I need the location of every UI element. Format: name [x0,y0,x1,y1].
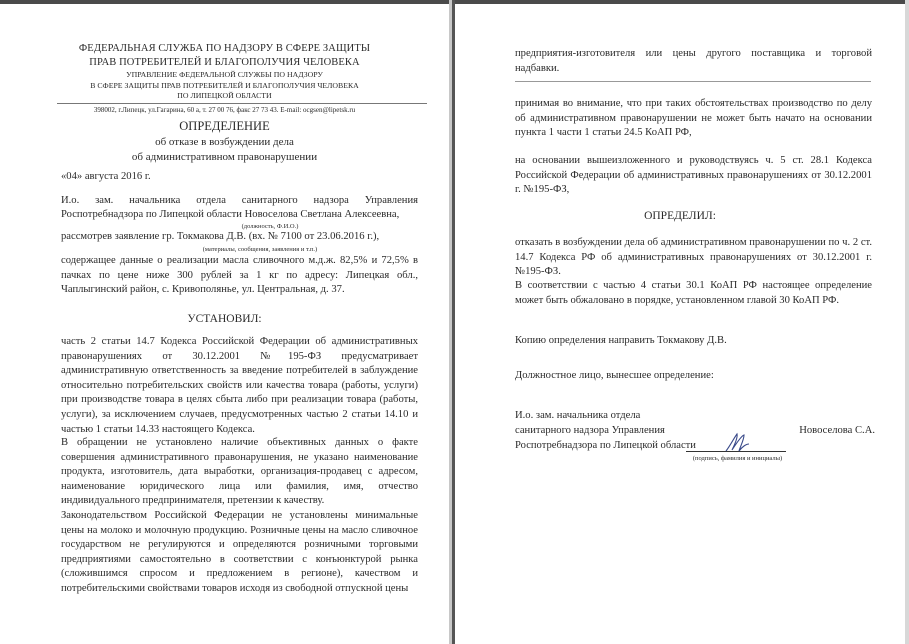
department-header: УПРАВЛЕНИЕ ФЕДЕРАЛЬНОЙ СЛУЖБЫ ПО НАДЗОРУ… [0,70,449,102]
department-line-2: В СФЕРЕ ЗАЩИТЫ ПРАВ ПОТРЕБИТЕЛЕЙ И БЛАГО… [0,81,449,92]
paragraph-no-evidence: В обращении не установлено наличие объек… [61,436,418,509]
paragraph-law-article: часть 2 статьи 14.7 Кодекса Российской Ф… [61,335,418,437]
agency-header: ФЕДЕРАЛЬНАЯ СЛУЖБА ПО НАДЗОРУ В СФЕРЕ ЗА… [0,42,449,70]
header-rule [57,103,427,104]
document-title: ОПРЕДЕЛЕНИЕ [0,118,449,134]
scan-right-edge [905,0,909,644]
continuation-paragraph: предприятия-изготовителя или цены другог… [515,47,872,76]
official-label: Должностное лицо, вынесшее определение: [515,369,872,384]
signature-caption: (подпись, фамилия и инициалы) [670,455,805,463]
decision-refuse: отказать в возбуждении дела об администр… [515,236,872,280]
considered-line: рассмотрев заявление гр. Токмакова Д.В. … [61,230,418,245]
decision-appeal: В соответствии с частью 4 статьи 30.1 Ко… [515,279,872,308]
document-date: «04» августа 2016 г. [61,170,418,185]
paragraph-pricing: Законодательством Российской Федерации н… [61,509,418,597]
department-line-1: УПРАВЛЕНИЕ ФЕДЕРАЛЬНОЙ СЛУЖБЫ ПО НАДЗОРУ [0,70,449,81]
official-line-2: Роспотребнадзора по Липецкой области Нов… [61,208,418,223]
official-line-1: И.о. зам. начальника отдела санитарного … [61,194,418,209]
content-paragraph: содержащее данные о реализации масла сли… [61,254,418,298]
department-line-3: ПО ЛИПЕЦКОЙ ОБЛАСТИ [0,91,449,102]
agency-line-1: ФЕДЕРАЛЬНАЯ СЛУЖБА ПО НАДЗОРУ В СФЕРЕ ЗА… [0,42,449,56]
section-heading-decided: ОПРЕДЕЛИЛ: [455,209,905,224]
paragraph-legal-basis: на основании вышеизложенного и руководст… [515,154,872,198]
signer-line-1: И.о. зам. начальника отдела [515,408,872,423]
document-subtitle: об отказе в возбуждении дела об админист… [0,135,449,165]
handwritten-signature-icon [722,432,752,454]
paragraph-considering: принимая во внимание, что при таких обст… [515,97,872,141]
copy-note: Копию определения направить Токмакову Д.… [515,334,872,349]
page-break-rule [515,81,871,82]
signer-name: Новоселова С.А. [795,424,875,439]
agency-line-2: ПРАВ ПОТРЕБИТЕЛЕЙ И БЛАГОПОЛУЧИЯ ЧЕЛОВЕК… [0,56,449,70]
considered-caption: (материалы, сообщения, заявления и т.п.) [150,246,370,254]
subtitle-line-1: об отказе в возбуждении дела [0,135,449,150]
subtitle-line-2: об административном правонарушении [0,150,449,165]
section-heading-established: УСТАНОВИЛ: [0,312,449,327]
agency-address: 398002, г.Липецк, ул.Гагарина, 60 а, т. … [0,105,449,115]
